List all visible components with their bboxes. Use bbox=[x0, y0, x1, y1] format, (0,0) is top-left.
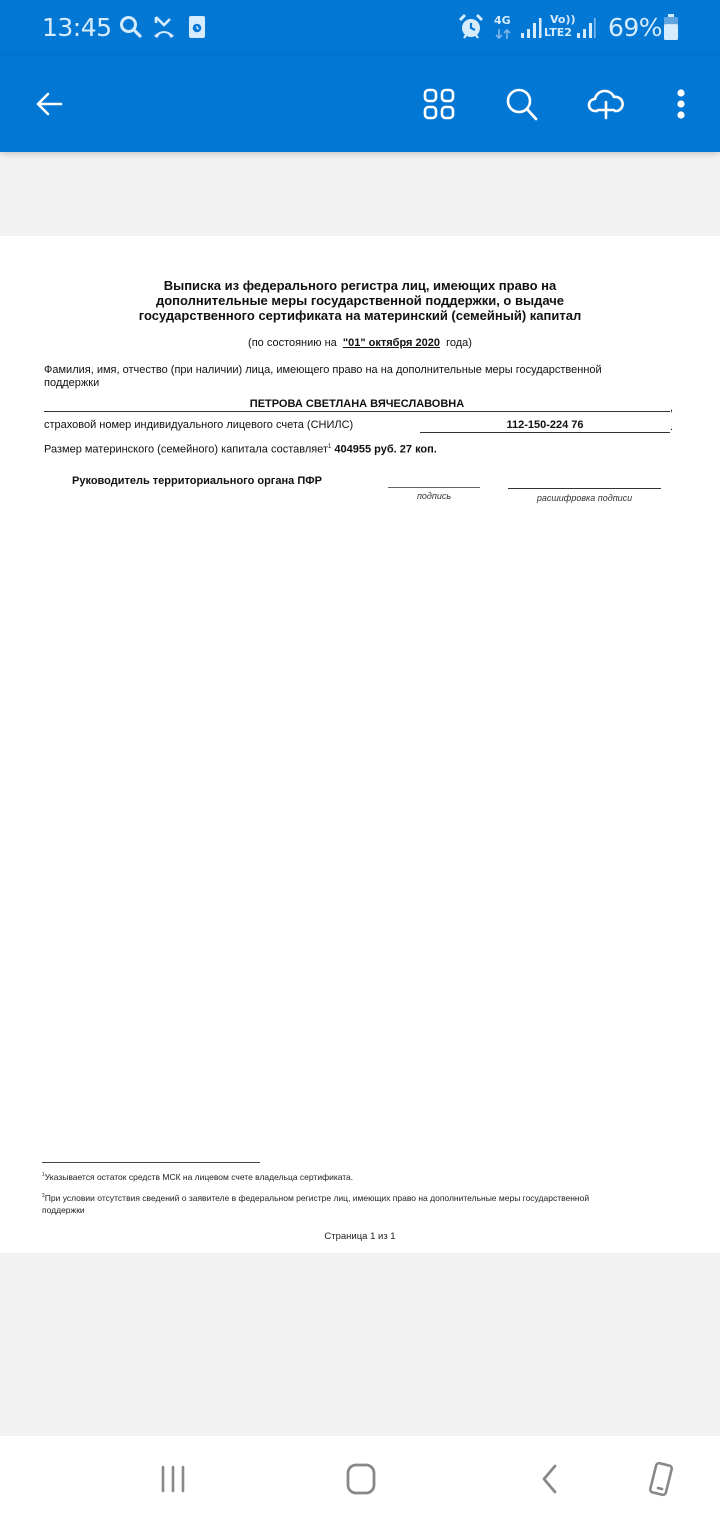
signer-title: Руководитель территориального органа ПФР bbox=[72, 475, 322, 488]
signature-caption: подпись bbox=[388, 490, 480, 503]
page-indicator: Страница 1 из 1 bbox=[0, 1230, 720, 1243]
snils-value: 112-150-224 76 bbox=[420, 419, 670, 432]
home-icon bbox=[345, 1463, 377, 1495]
grid-view-button[interactable] bbox=[415, 80, 463, 128]
signature-decode-caption: расшифровка подписи bbox=[508, 492, 661, 505]
fio-label: Фамилия, имя, отчество (при наличии) лиц… bbox=[44, 364, 684, 390]
snils-underline bbox=[420, 432, 670, 433]
search-icon bbox=[118, 14, 144, 45]
capital-value: 404955 руб. 27 коп. bbox=[334, 444, 436, 456]
status-time: 13:45 bbox=[42, 13, 112, 42]
signature-decode-line bbox=[508, 488, 661, 489]
fio-value: ПЕТРОВА СВЕТЛАНА ВЯЧЕСЛАВОВНА bbox=[44, 398, 670, 411]
home-button[interactable] bbox=[336, 1454, 386, 1504]
app-toolbar bbox=[0, 56, 720, 152]
as-of-date: "01" октября 2020 bbox=[343, 337, 440, 349]
missed-call-icon bbox=[152, 14, 176, 45]
cloud-upload-icon bbox=[587, 88, 625, 120]
grid-view-icon bbox=[423, 88, 455, 120]
fio-underline bbox=[44, 411, 670, 412]
recent-apps-icon bbox=[159, 1465, 187, 1493]
footnote-1: 1Указывается остаток средств МСК на лице… bbox=[42, 1169, 353, 1184]
as-of-date-line: (по состоянию на "01" октября 2020 года) bbox=[0, 337, 720, 349]
signature-line bbox=[388, 487, 480, 488]
volte-lte2-icon: Vo)) LTE2 bbox=[544, 13, 578, 43]
document-title: Выписка из федерального регистра лиц, им… bbox=[60, 278, 660, 323]
back-icon bbox=[539, 1464, 559, 1494]
signal-icon bbox=[520, 17, 542, 44]
snils-label: страховой номер индивидуального лицевого… bbox=[44, 419, 353, 432]
footnote-separator bbox=[42, 1162, 260, 1163]
search-button[interactable] bbox=[498, 80, 546, 128]
alarm-icon bbox=[458, 13, 484, 46]
capital-line: Размер материнского (семейного) капитала… bbox=[44, 441, 437, 457]
system-nav-bar bbox=[0, 1436, 720, 1520]
clock-app-icon bbox=[188, 15, 206, 44]
pdf-page: Выписка из федерального регистра лиц, им… bbox=[0, 236, 720, 1253]
arrow-left-icon bbox=[34, 89, 64, 119]
search-icon bbox=[505, 87, 539, 121]
more-options-button[interactable] bbox=[657, 80, 705, 128]
battery-percent: 69% bbox=[608, 13, 662, 42]
status-bar: 13:45 4G Vo)) LTE2 69% bbox=[0, 0, 720, 56]
rotate-screen-icon bbox=[646, 1461, 676, 1497]
battery-icon bbox=[664, 14, 678, 45]
cloud-upload-button[interactable] bbox=[582, 80, 630, 128]
4g-data-icon: 4G bbox=[494, 14, 512, 42]
rotate-screen-button[interactable] bbox=[636, 1454, 686, 1504]
recent-apps-button[interactable] bbox=[148, 1454, 198, 1504]
back-nav-button[interactable] bbox=[524, 1454, 574, 1504]
footnote-2: 2При условии отсутствия сведений о заяви… bbox=[42, 1190, 692, 1216]
more-vert-icon bbox=[676, 88, 686, 120]
back-button[interactable] bbox=[25, 80, 73, 128]
signal-2-icon bbox=[576, 17, 596, 44]
